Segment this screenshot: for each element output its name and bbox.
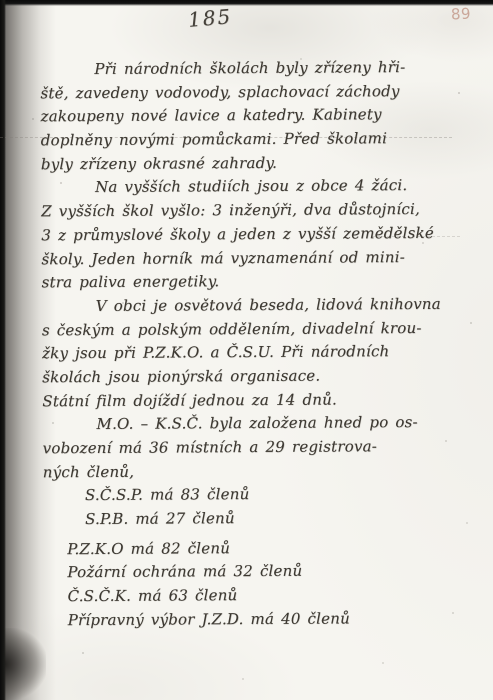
handwritten-text-block: Při národních školách byly zřízeny hři-š… [36, 56, 470, 633]
handwritten-line: ště, zavedeny vodovody, splachovací zách… [36, 79, 466, 105]
handwritten-line: 3 z průmyslové školy a jeden z vyšší zem… [37, 222, 467, 248]
handwritten-line: S.Č.S.P. má 83 členů [39, 482, 469, 508]
handwritten-line: s českým a polským oddělením, divadelní … [38, 316, 468, 342]
handwritten-line: Státní film dojíždí jednou za 14 dnů. [38, 387, 468, 413]
handwritten-line: V obci je osvětová beseda, lidová knihov… [38, 293, 468, 319]
handwritten-line: Přípravný výbor J.Z.D. má 40 členů [40, 606, 470, 632]
handwritten-line: Požární ochrána má 32 členů [39, 559, 469, 585]
handwritten-line: vobození má 36 místních a 29 registrova- [39, 435, 469, 461]
scan-edge-left [0, 0, 6, 700]
handwritten-line: Na vyšších studiích jsou z obce 4 žáci. [37, 174, 467, 200]
handwritten-line: doplněny novými pomůckami. Před školami [37, 127, 467, 153]
handwritten-line: Z vyšších škol vyšlo: 3 inženýři, dva dů… [37, 198, 467, 224]
scan-edge-top [0, 0, 493, 6]
handwritten-line: školách jsou pionýrská organisace. [38, 364, 468, 390]
handwritten-line: stra paliva energetiky. [38, 269, 468, 295]
handwritten-line: M.O. – K.S.Č. byla založena hned po os- [38, 411, 468, 437]
handwritten-line: P.Z.K.O má 82 členů [39, 535, 469, 561]
scanned-page: 185 89 Při národních školách byly zřízen… [0, 0, 493, 700]
binding-shadow-blob [0, 628, 46, 700]
handwritten-line: Při národních školách byly zřízeny hři- [36, 56, 466, 82]
handwritten-line: Č.S.Č.K. má 63 členů [39, 583, 469, 609]
handwritten-line: zakoupeny nové lavice a katedry. Kabinet… [37, 103, 467, 129]
handwritten-line: byly zřízeny okrasné zahrady. [37, 150, 467, 176]
archival-corner-mark: 89 [451, 4, 472, 23]
handwritten-line: žky jsou při P.Z.K.O. a Č.S.U. Při národ… [38, 340, 468, 366]
handwritten-line: ných členů, [39, 458, 469, 484]
handwritten-line: S.P.B. má 27 členů [39, 506, 469, 532]
handwritten-line: školy. Jeden horník má vyznamenání od mi… [37, 245, 467, 271]
paper-speckles [0, 0, 2, 2]
page-number: 185 [187, 4, 233, 32]
